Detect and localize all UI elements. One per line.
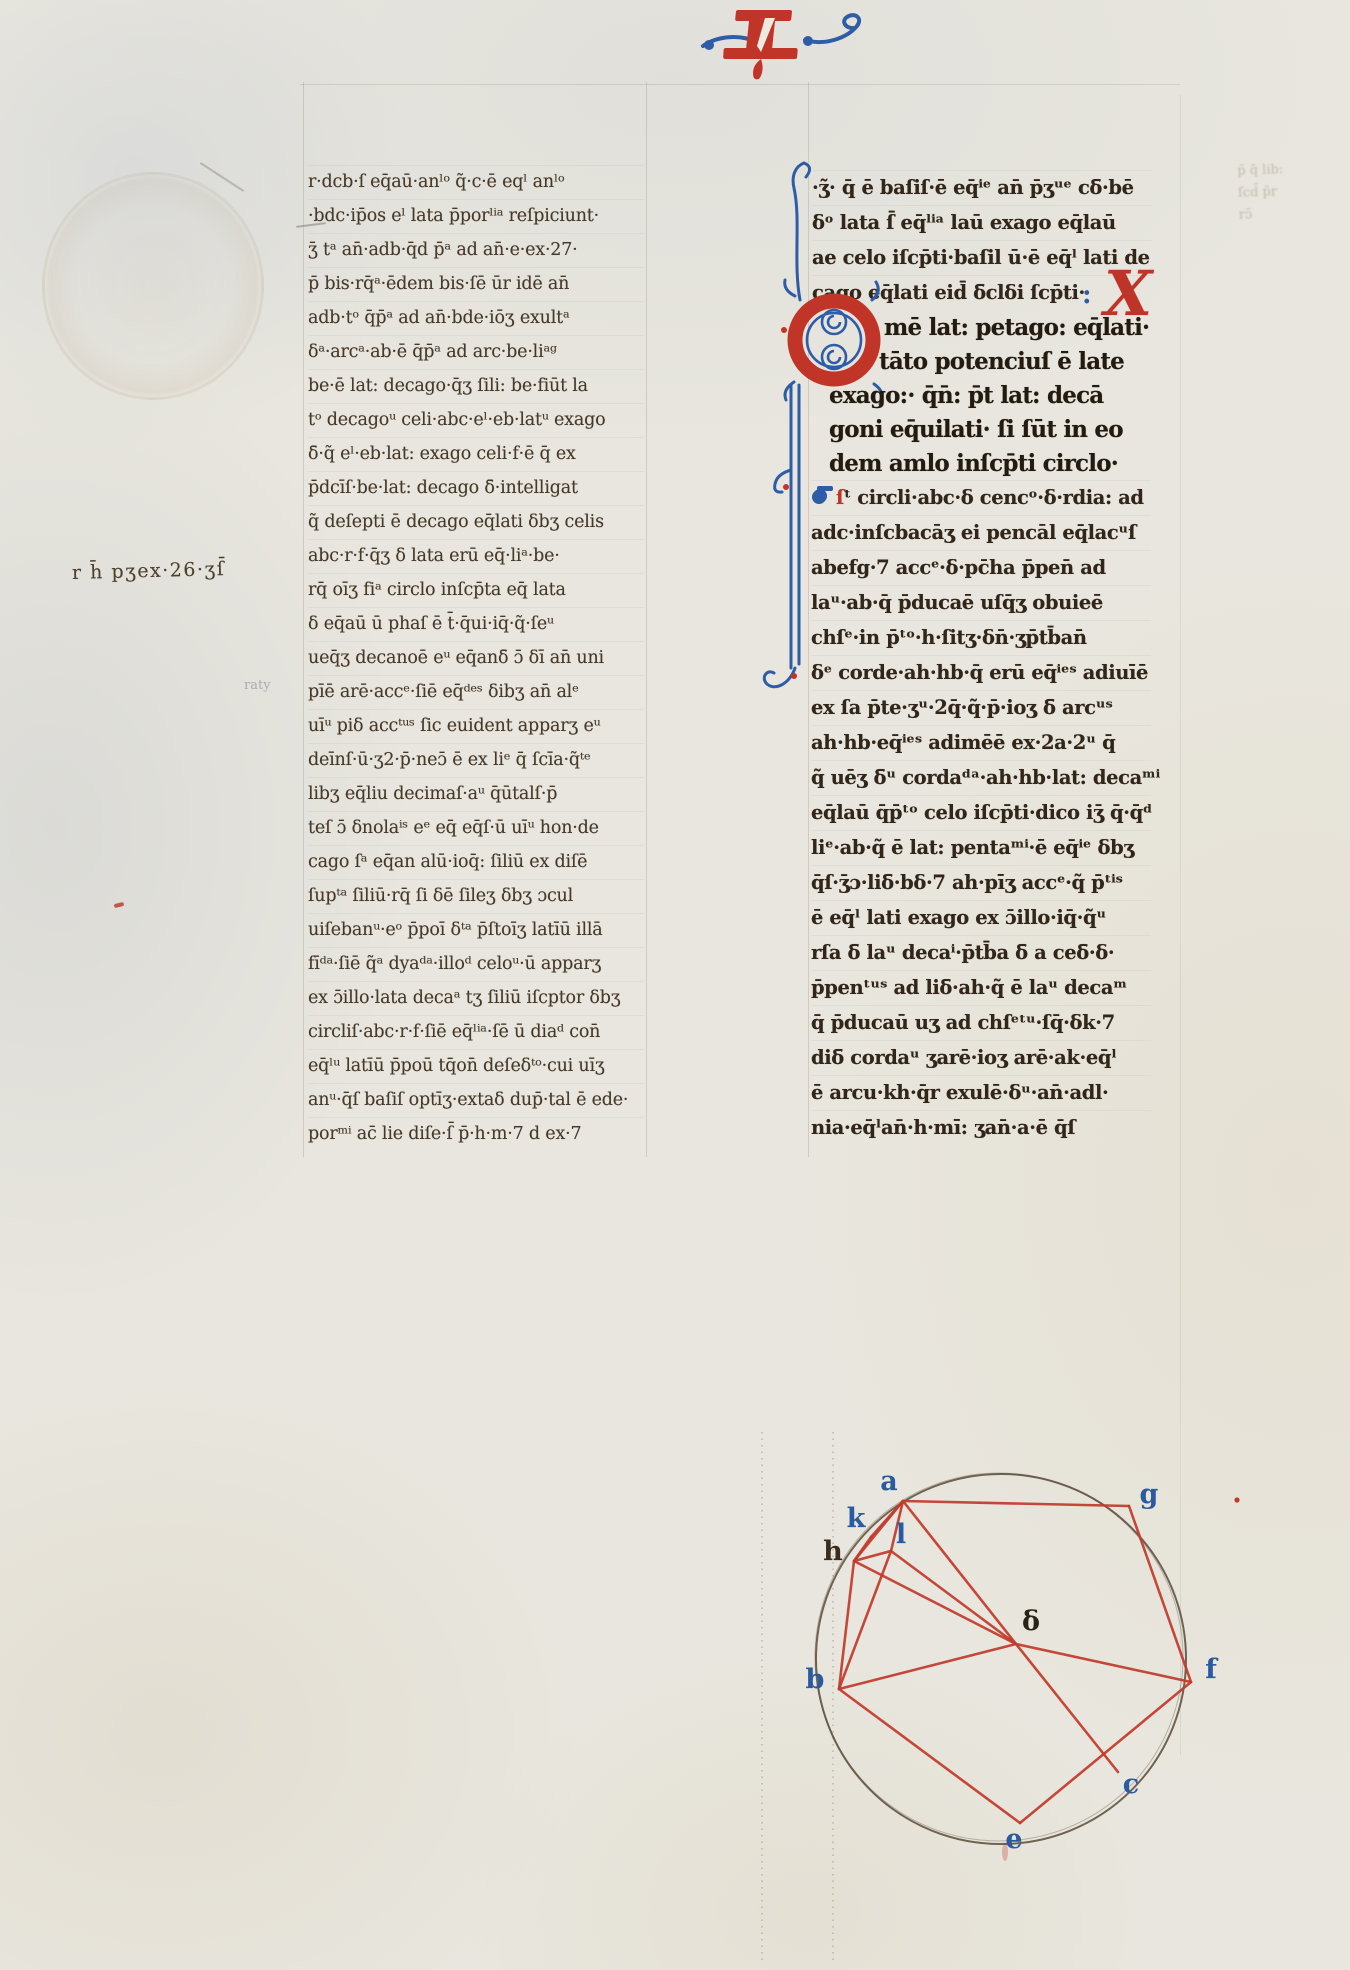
text-line: δᵃ·arcᵃ·ab·ē q̄p̄ᵃ ad arc·be·liᵃᵍ bbox=[308, 335, 644, 369]
text-line: uiſebanᵘ·eᵒ p̄poī δᵗᵃ p̄ſtoīʒ latīū illā bbox=[308, 913, 644, 947]
chord-gf bbox=[1129, 1506, 1191, 1682]
text-line: adc·inſcbacāʒ ei pencāl eq̄lacᵘſ bbox=[811, 515, 1151, 550]
text-line: cago ſᵃ eq̄an alū·ioq̄: ſiliū ex diſē bbox=[308, 845, 644, 879]
text-line: be·ē lat: decago·q̄ʒ ſili: be·fiūt la bbox=[308, 369, 644, 403]
vertex-label-k: k bbox=[847, 1503, 867, 1534]
text-line: libʒ eq̄liu decimaſ·aᵘ q̄ūtalſ·p̄ bbox=[308, 777, 644, 811]
chord-hd bbox=[854, 1561, 1016, 1644]
text-line: uīᵘ piδ accᵗᵘˢ ſic euident apparʒ eᵘ bbox=[308, 709, 644, 743]
ghost-note: p̄ q̄ lib:ſcd̄ p̄rrɔ̄ bbox=[1237, 159, 1285, 227]
left-column: r·dcb·ſ eq̄aū·anˡᵒ q̃·c·ē eqˡ anˡᵒ·bdc·i… bbox=[308, 165, 644, 1151]
text-line: p̄penᵗᵘˢ ad liδ̄·ah·q̃ ē laᵘ decaᵐ bbox=[811, 970, 1151, 1005]
ruling-line bbox=[300, 84, 1180, 85]
quire-mark-icon bbox=[695, 2, 885, 82]
diagram: aklhgδbfec bbox=[610, 1430, 1290, 1970]
text-line: abefg·7 accᵉ·δ·pc̄ha p̄pen̄ ad bbox=[811, 550, 1151, 585]
vertex-label-f: f bbox=[1205, 1654, 1219, 1685]
text-line: q̄ſ·ʒ̄ɔ·liδ̄·bδ·7 ah·pīʒ accᵉ·q̃ p̄ᵗⁱˢ bbox=[811, 865, 1151, 900]
vertex-label-b: b bbox=[806, 1664, 825, 1695]
text-line: ex ɔ̄illo·lata decaᵃ tʒ ſiliū iſcptor δb… bbox=[308, 981, 644, 1015]
text-line: nia·eq̄ˡan̄·h·mī: ʒan̄·a·ē q̄ſ bbox=[811, 1110, 1151, 1145]
text-line: fīᵈᵃ·ſiē q̃ᵃ dyaᵈᵃ·illoᵈ celoᵘ·ū apparʒ bbox=[308, 947, 644, 981]
text-line: p̄ bis·rq̄ᵃ·ēdem bis·ſē ūr idē an̄ bbox=[308, 267, 644, 301]
text-line: laᵘ·ab·q̄ p̄ducaē uſq̄ʒ obuieē bbox=[811, 585, 1151, 620]
text-line: anᵘ·q̄ſ baſiſ optīʒ·extaδ dup̄·tal ē ede… bbox=[308, 1083, 644, 1117]
text-line: ·bdc·ip̄os eˡ lata p̄porˡⁱᵃ reſpiciunt· bbox=[308, 199, 644, 233]
chord-ag bbox=[903, 1501, 1129, 1506]
text-line: rq̄ oīʒ fiᵃ circlo inſcp̄ta eq̄ lata bbox=[308, 573, 644, 607]
text-line: ueq̄ʒ decanoē eᵘ eq̄anδ̄ ɔ̄ δī an̄ uni bbox=[308, 641, 644, 675]
text-line: teſ ɔ̄ δnolaⁱˢ eᵉ eq̄ eq̄ſ·ū uīᵘ hon·de bbox=[308, 811, 644, 845]
vertex-label-g: g bbox=[1140, 1479, 1159, 1510]
ruling-line bbox=[646, 82, 647, 1157]
margin-gloss: raty bbox=[244, 678, 271, 693]
text-line: deīnſ·ū·ʒ2·p̄·neɔ̄ ē ex liᵉ q̄ ſcīa·q̃ᵗᵉ bbox=[308, 743, 644, 777]
proof-initial: ſ bbox=[836, 486, 844, 509]
paraph-mark-icon bbox=[811, 484, 833, 508]
text-line: r·dcb·ſ eq̄aū·anˡᵒ q̃·c·ē eqˡ anˡᵒ bbox=[308, 165, 644, 199]
text-line: ē eq̄ˡ lati exago ex ɔ̄illo·iq̄·q̃ᵘ bbox=[811, 900, 1151, 935]
text-line: ſupᵗᵃ ſiliū·rq̄ ſi δē ſileʒ δbʒ ɔcul bbox=[308, 879, 644, 913]
chord-be bbox=[839, 1689, 1020, 1823]
text-line: q̃ uēʒ δ̄ᵘ cordaᵈᵃ·ah·hb·lat: decaᵐⁱ bbox=[811, 760, 1151, 795]
proposition-line: goni eq̄uilati· ſi ſūt in eo bbox=[829, 413, 1123, 447]
proposition-line: dem amlo inſcp̄ti circlo· bbox=[829, 447, 1118, 481]
circular-stain bbox=[42, 172, 264, 400]
text-line: eq̄laū q̄p̄ᵗᵒ celo iſcp̄ti·dico iʒ̄ q̄·q… bbox=[811, 795, 1151, 830]
vertex-label-c: c bbox=[1123, 1769, 1139, 1800]
chord-bd bbox=[839, 1644, 1016, 1689]
right-column-proof: ſᵗ circli·abc·δ cencᵒ·δ·rdia: ad adc·inſ… bbox=[811, 480, 1151, 1145]
text-line: ʒ̄ tᵃ an̄·adb·q̄d p̄ᵃ ad an̄·e·ex·27· bbox=[308, 233, 644, 267]
text-line: ah·hb·eq̄ⁱᵉˢ adimēē ex·2a·2ᵘ q̄ bbox=[811, 725, 1151, 760]
proposition-line: exago:· q̄n̄: p̄t lat: decā bbox=[829, 379, 1103, 413]
chapter-colon: : bbox=[1082, 280, 1092, 310]
text-line: chſᵉ·in p̄ᵗᵒ·h·ſitʒ·δn̄·ʒp̄tb̄an̄ bbox=[811, 620, 1151, 655]
text-line: q̄ p̄ducaū uʒ ad chſᵉᵗᵘ·ſq̄·δk·7 bbox=[811, 1005, 1151, 1040]
chord-ef bbox=[1020, 1682, 1191, 1823]
vertex-label-l: l bbox=[896, 1519, 906, 1550]
text-line: circliſ·abc·r·f·ſiē eq̄ˡⁱᵃ·ſē ū diaᵈ con… bbox=[308, 1015, 644, 1049]
margin-note: r h̄ pʒex·26·ʒſ̄ bbox=[72, 558, 226, 584]
vertex-label-h: h bbox=[823, 1536, 843, 1567]
text-line: rſa δ̄ laᵘ decaⁱ·p̄tb̄a δ̄ a ceδ̄·δ· bbox=[811, 935, 1151, 970]
ruling-line bbox=[303, 82, 304, 1157]
text-line: diδ̄ cordaᵘ ʒarē·ioʒ arē·ak·eq̄ˡ bbox=[811, 1040, 1151, 1075]
text-line: porᵐⁱ ac̄ lie diſe·ſ̄ p̄·h·m·7 d ex·7 bbox=[308, 1117, 644, 1151]
text-line: δ̄·q̃ eˡ·eb·lat: exago celi·f·ē q̄ ex bbox=[308, 437, 644, 471]
text-line: ſᵗ circli·abc·δ cencᵒ·δ·rdia: ad bbox=[811, 480, 1151, 515]
text-line: δᵉ corde·ah·hb·q̄ erū eq̄ⁱᵉˢ adiuīē bbox=[811, 655, 1151, 690]
text-line: liᵉ·ab·q̃ ē lat: pentaᵐⁱ·ē eq̄ⁱᵉ δbʒ bbox=[811, 830, 1151, 865]
text-line: adb·tᵒ q̄p̄ᵃ ad an̄·bde·iōʒ exultᵃ bbox=[308, 301, 644, 335]
proposition-line: tāto potenciuſ ē late bbox=[879, 345, 1124, 379]
text-line: tᵒ decagoᵘ celi·abc·eˡ·eb·latᵘ exago bbox=[308, 403, 644, 437]
manuscript-page: p̄ q̄ lib:ſcd̄ p̄rrɔ̄ r·dcb·ſ eq̄aū·anˡᵒ… bbox=[0, 0, 1350, 1970]
red-speck bbox=[1234, 1497, 1239, 1502]
proof-first-line-text: ᵗ circli·abc·δ cencᵒ·δ·rdia: ad bbox=[844, 486, 1144, 509]
text-line: q̃ deſepti ē decago eq̄lati δbʒ celis bbox=[308, 505, 644, 539]
text-line: eq̄ˡᵘ latīū p̄poū tq̄on̄ deſeδᵗᵒ·cui uīʒ bbox=[308, 1049, 644, 1083]
vertex-label-e: e bbox=[1005, 1824, 1022, 1855]
text-line: rɔ̄ bbox=[1238, 203, 1285, 227]
vertex-label-d: δ bbox=[1022, 1606, 1040, 1637]
vertex-label-a: a bbox=[880, 1466, 898, 1497]
text-line: p̄ q̄ lib: bbox=[1237, 159, 1284, 183]
proposition-line: mē lat: petago: eq̄lati· bbox=[884, 311, 1149, 345]
right-column-proof-lines: adc·inſcbacāʒ ei pencāl eq̄lacᵘſabefg·7 … bbox=[811, 515, 1151, 1145]
text-line: ē arcu·kh·q̄r exulē·δᵘ·an̄·adl· bbox=[811, 1075, 1151, 1110]
text-line: p̄dcīſ·be·lat: decago δ̄·intelligat bbox=[308, 471, 644, 505]
text-line: pīē arē·accᵉ·ſiē eq̄ᵈᵉˢ δibʒ an̄ alᵉ bbox=[308, 675, 644, 709]
red-speck bbox=[114, 902, 125, 908]
text-line: ex ſa p̄te·ʒᵘ·2q̄·q̃·p̄·ioʒ δ̄ arcᵘˢ bbox=[811, 690, 1151, 725]
text-line: abc·r·f·q̄ʒ δ lata erū eq̄·liᵃ·be· bbox=[308, 539, 644, 573]
text-line: ſcd̄ p̄r bbox=[1238, 181, 1285, 205]
text-line: δ eq̄aū ū phaſ ē t̄·q̄ui·iq̄·q̃·ſeᵘ bbox=[308, 607, 644, 641]
